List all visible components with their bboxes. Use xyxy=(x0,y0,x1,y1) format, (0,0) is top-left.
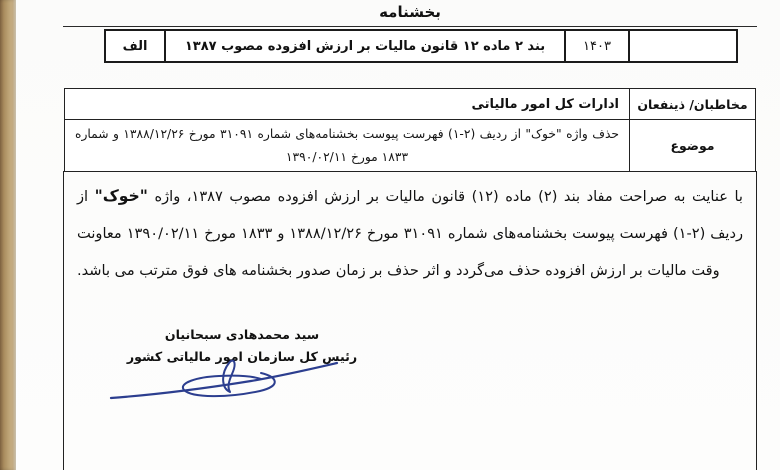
body-paragraph: با عنایت به صراحت مفاد بند (۲) ماده (۱۲)… xyxy=(64,172,756,289)
signatory-name: سید محمدهادی سبحانیان xyxy=(122,327,362,342)
title-divider-line xyxy=(63,26,757,27)
body-text-box: با عنایت به صراحت مفاد بند (۲) ماده (۱۲)… xyxy=(63,171,757,470)
subject-header-cell: موضوع xyxy=(629,120,755,171)
recipients-row: مخاطبان/ ذینفعان ادارات کل امور مالیاتی xyxy=(65,89,755,119)
recipients-value-cell: ادارات کل امور مالیاتی xyxy=(65,89,629,119)
document-title: بخشنامه xyxy=(63,3,757,21)
body-emphasized-word: "خوک" xyxy=(95,187,148,205)
circular-document-page: بخشنامه ۱۴۰۳ بند ۲ ماده ۱۲ قانون مالیات … xyxy=(0,0,780,470)
classification-year-cell: ۱۴۰۳ xyxy=(566,31,630,61)
subject-row: موضوع حذف واژه "خوک" از ردیف (۲-۱) فهرست… xyxy=(65,119,755,171)
subject-value-cell: حذف واژه "خوک" از ردیف (۲-۱) فهرست پیوست… xyxy=(65,120,629,171)
scanned-book-spine xyxy=(0,0,16,470)
signatory-role: رئیس کل سازمان امور مالیاتی کشور xyxy=(122,349,362,364)
classification-empty-cell xyxy=(630,31,736,61)
body-text-segment: با عنایت به صراحت مفاد بند (۲) ماده (۱۲)… xyxy=(148,188,743,205)
signature-block: سید محمدهادی سبحانیان رئیس کل سازمان امو… xyxy=(122,327,362,364)
classification-table: ۱۴۰۳ بند ۲ ماده ۱۲ قانون مالیات بر ارزش … xyxy=(104,29,738,63)
recipients-header-cell: مخاطبان/ ذینفعان xyxy=(629,89,755,119)
classification-type-cell: الف xyxy=(106,31,166,61)
info-table: مخاطبان/ ذینفعان ادارات کل امور مالیاتی … xyxy=(64,88,756,172)
classification-law-reference-cell: بند ۲ ماده ۱۲ قانون مالیات بر ارزش افزود… xyxy=(166,31,566,61)
